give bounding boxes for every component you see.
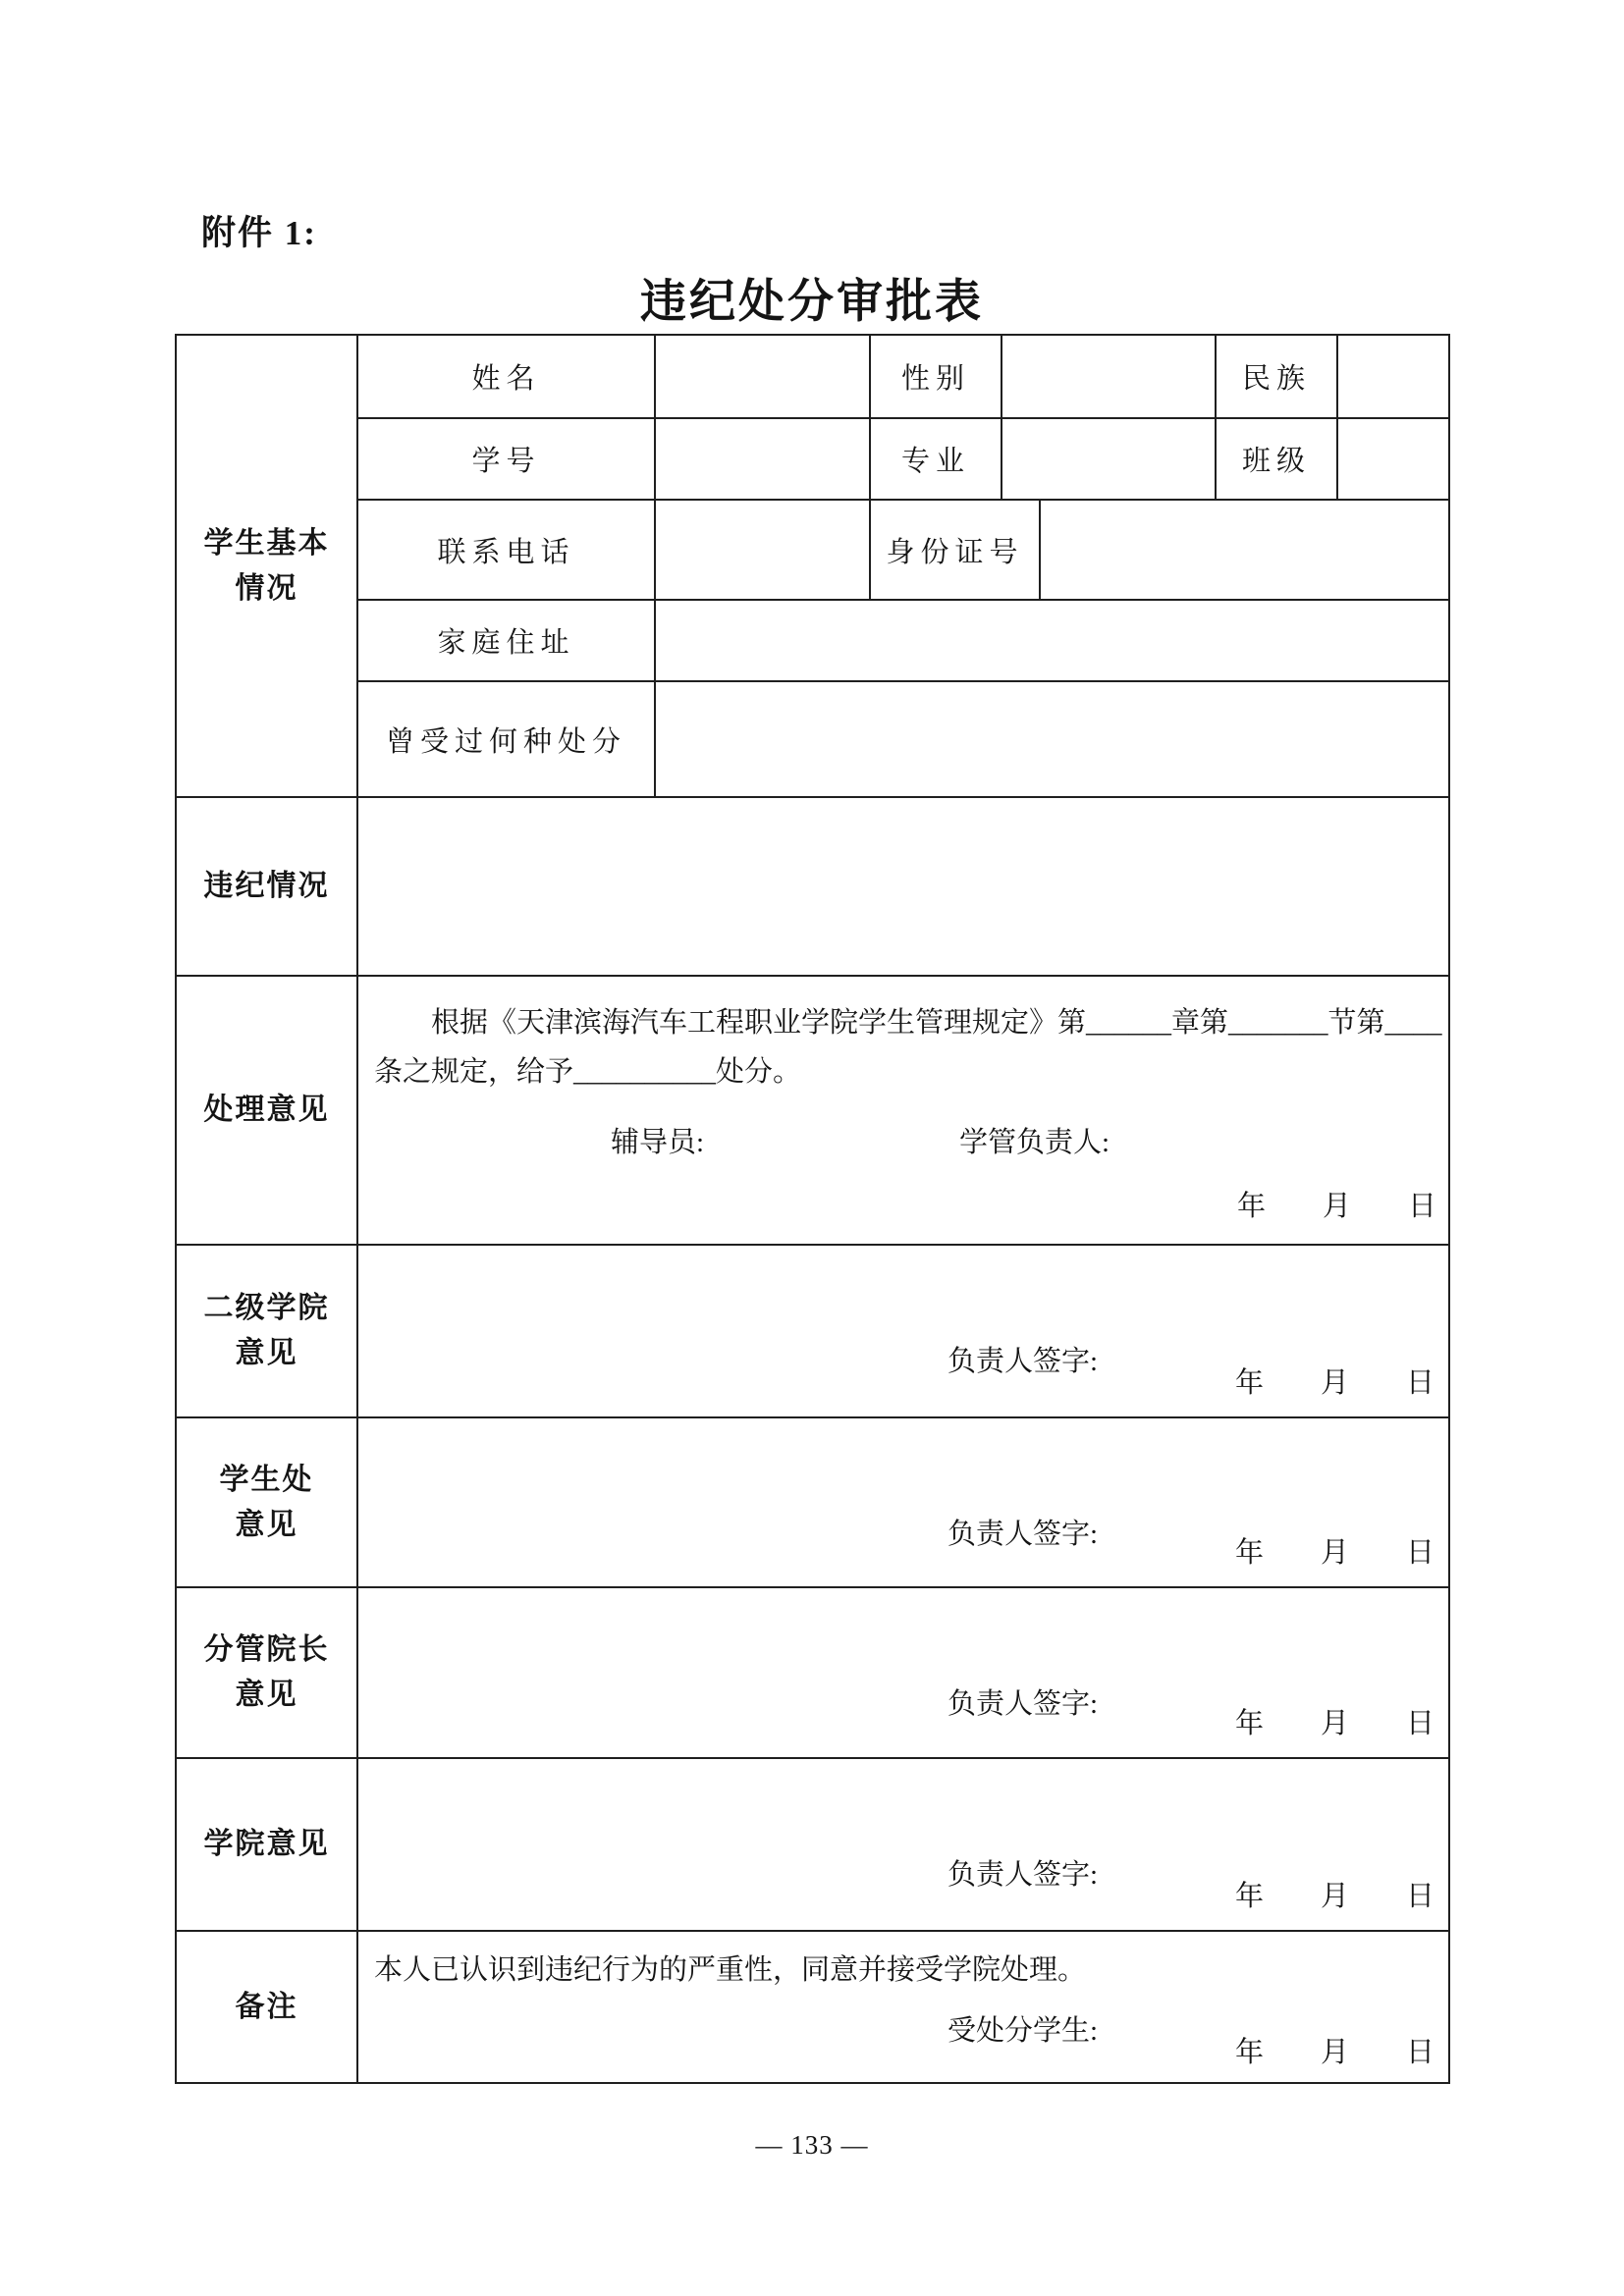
vice-president-cell: 负责人签字: 年 月 日 — [358, 1588, 1448, 1757]
section-violation: 违纪情况 — [177, 798, 1448, 977]
section-label-secondary-college: 二级学院 意见 — [177, 1246, 358, 1416]
section-label-college-opinion: 学院意见 — [177, 1759, 358, 1930]
field-label-student-id: 学号 — [358, 419, 656, 499]
field-label-previous-punishment: 曾受过何种处分 — [358, 682, 656, 796]
section-label-vice-president: 分管院长 意见 — [177, 1588, 358, 1757]
handling-text-line2: 条之规定，给予__________处分。 — [374, 1049, 801, 1090]
college-opinion-cell: 负责人签字: 年 月 日 — [358, 1759, 1448, 1930]
handling-opinion-cell: 根据《天津滨海汽车工程职业学院学生管理规定》第______章第_______节第… — [358, 977, 1448, 1244]
section-label-handling-opinion: 处理意见 — [177, 977, 358, 1244]
field-label-major: 专业 — [871, 419, 1002, 499]
date-line: 年 月 日 — [1235, 1701, 1435, 1741]
date-line: 年 月 日 — [1235, 1361, 1435, 1401]
value-cell-class — [1338, 419, 1448, 499]
value-cell-id-number — [1041, 501, 1448, 599]
section-student-affairs-opinion: 学生处 意见 负责人签字: 年 月 日 — [177, 1418, 1448, 1588]
value-cell-major — [1002, 419, 1217, 499]
section-vice-president-opinion: 分管院长 意见 负责人签字: 年 月 日 — [177, 1588, 1448, 1759]
date-line: 年 月 日 — [1237, 1184, 1436, 1224]
responsible-person-sign-label: 负责人签字: — [947, 1512, 1098, 1552]
section-label-violation: 违纪情况 — [177, 798, 358, 975]
student-acknowledgement-text: 本人已认识到违纪行为的严重性，同意并接受学院处理。 — [374, 1948, 1086, 1988]
value-cell-student-id — [656, 419, 871, 499]
section-remarks: 备注 本人已认识到违纪行为的严重性，同意并接受学院处理。 受处分学生: 年 月 … — [177, 1932, 1448, 2082]
counselor-sign-label: 辅导员: — [611, 1120, 704, 1160]
section-label-remarks: 备注 — [177, 1932, 358, 2082]
table-row: 曾受过何种处分 — [358, 682, 1448, 796]
handling-text-line1: 根据《天津滨海汽车工程职业学院学生管理规定》第______章第_______节第… — [431, 1000, 1442, 1041]
section-secondary-college-opinion: 二级学院 意见 负责人签字: 年 月 日 — [177, 1246, 1448, 1418]
section-label-student-affairs: 学生处 意见 — [177, 1418, 358, 1586]
value-cell-ethnicity — [1338, 336, 1448, 417]
table-row: 联系电话 身份证号 — [358, 501, 1448, 601]
remarks-cell: 本人已认识到违纪行为的严重性，同意并接受学院处理。 受处分学生: 年 月 日 — [358, 1932, 1448, 2082]
responsible-person-sign-label: 负责人签字: — [947, 1682, 1098, 1722]
section-student-basic-info: 学生基本 情况 姓名 性别 民族 学号 专业 班级 — [177, 336, 1448, 798]
date-line: 年 月 日 — [1235, 1874, 1435, 1914]
table-row: 学号 专业 班级 — [358, 419, 1448, 501]
attachment-label: 附件 1: — [201, 206, 317, 255]
table-row: 姓名 性别 民族 — [358, 336, 1448, 419]
field-label-home-address: 家庭住址 — [358, 601, 656, 680]
secondary-college-cell: 负责人签字: 年 月 日 — [358, 1246, 1448, 1416]
field-label-id-number: 身份证号 — [871, 501, 1041, 599]
page-number: — 133 — — [0, 2130, 1624, 2161]
page-title: 违纪处分审批表 — [0, 265, 1624, 331]
document-page: 附件 1: 违纪处分审批表 学生基本 情况 姓名 性别 民族 学号 专业 — [0, 0, 1624, 2296]
field-label-gender: 性别 — [871, 336, 1002, 417]
approval-table: 学生基本 情况 姓名 性别 民族 学号 专业 班级 — [175, 334, 1450, 2084]
section-college-opinion: 学院意见 负责人签字: 年 月 日 — [177, 1759, 1448, 1932]
field-label-name: 姓名 — [358, 336, 656, 417]
section-handling-opinion: 处理意见 根据《天津滨海汽车工程职业学院学生管理规定》第______章第____… — [177, 977, 1448, 1246]
student-affairs-cell: 负责人签字: 年 月 日 — [358, 1418, 1448, 1586]
date-line: 年 月 日 — [1235, 1530, 1435, 1571]
section-label-student-basic-info: 学生基本 情况 — [177, 336, 358, 796]
value-cell-previous-punishment — [656, 682, 1448, 796]
field-label-phone: 联系电话 — [358, 501, 656, 599]
value-cell-home-address — [656, 601, 1448, 680]
violation-content-cell — [358, 798, 1448, 975]
date-line: 年 月 日 — [1235, 2030, 1435, 2070]
field-label-ethnicity: 民族 — [1217, 336, 1338, 417]
responsible-person-sign-label: 负责人签字: — [947, 1852, 1098, 1893]
value-cell-phone — [656, 501, 871, 599]
value-cell-name — [656, 336, 871, 417]
field-label-class: 班级 — [1217, 419, 1338, 499]
responsible-person-sign-label: 负责人签字: — [947, 1339, 1098, 1379]
student-manager-sign-label: 学管负责人: — [959, 1120, 1110, 1160]
value-cell-gender — [1002, 336, 1217, 417]
table-row: 家庭住址 — [358, 601, 1448, 682]
punished-student-sign-label: 受处分学生: — [947, 2008, 1098, 2049]
